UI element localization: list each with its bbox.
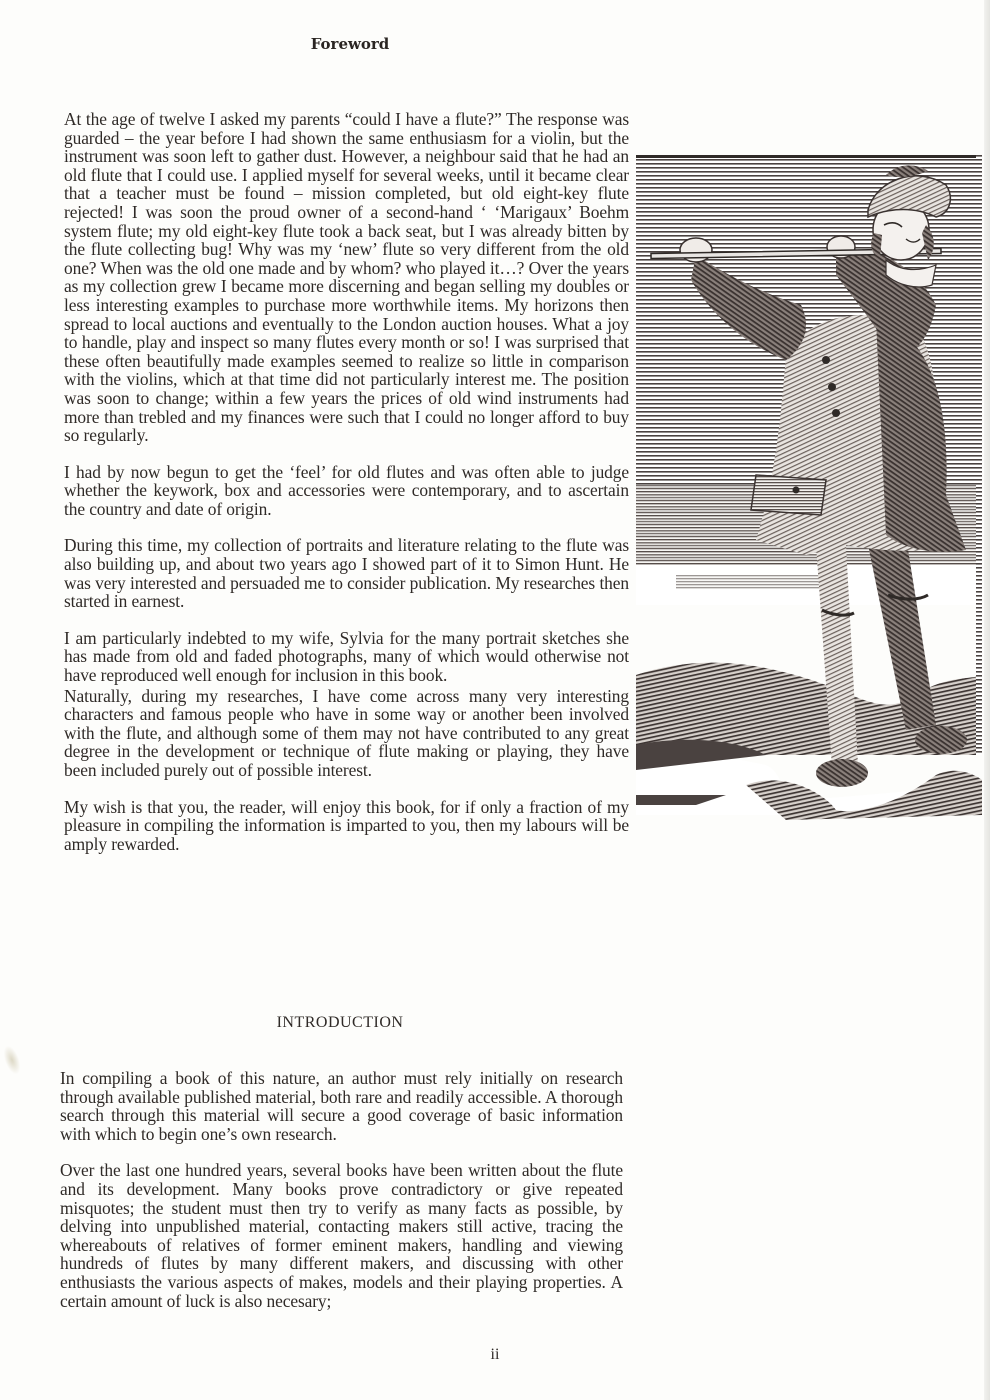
foreword-paragraph: During this time, my collection of portr… (64, 536, 629, 610)
foreword-paragraph: At the age of twelve I asked my parents … (64, 110, 629, 445)
foreword-body: At the age of twelve I asked my parents … (64, 110, 629, 853)
paper-stain (0, 1044, 23, 1077)
flute-player-engraving (636, 155, 982, 837)
introduction-heading: INTRODUCTION (240, 1014, 440, 1032)
foreword-paragraph: I am particularly indebted to my wife, S… (64, 629, 629, 685)
foreword-paragraph: My wish is that you, the reader, will en… (64, 798, 629, 854)
foreword-paragraph: Naturally, during my researches, I have … (64, 687, 629, 780)
introduction-body: In compiling a book of this nature, an a… (60, 1069, 623, 1310)
foreword-paragraph: I had by now begun to get the ‘feel’ for… (64, 463, 629, 519)
foreword-heading: Foreword (250, 35, 450, 53)
page-number: ii (480, 1346, 510, 1364)
introduction-paragraph: In compiling a book of this nature, an a… (60, 1069, 623, 1143)
introduction-paragraph: Over the last one hundred years, several… (60, 1161, 623, 1310)
page-edge (984, 0, 990, 1400)
